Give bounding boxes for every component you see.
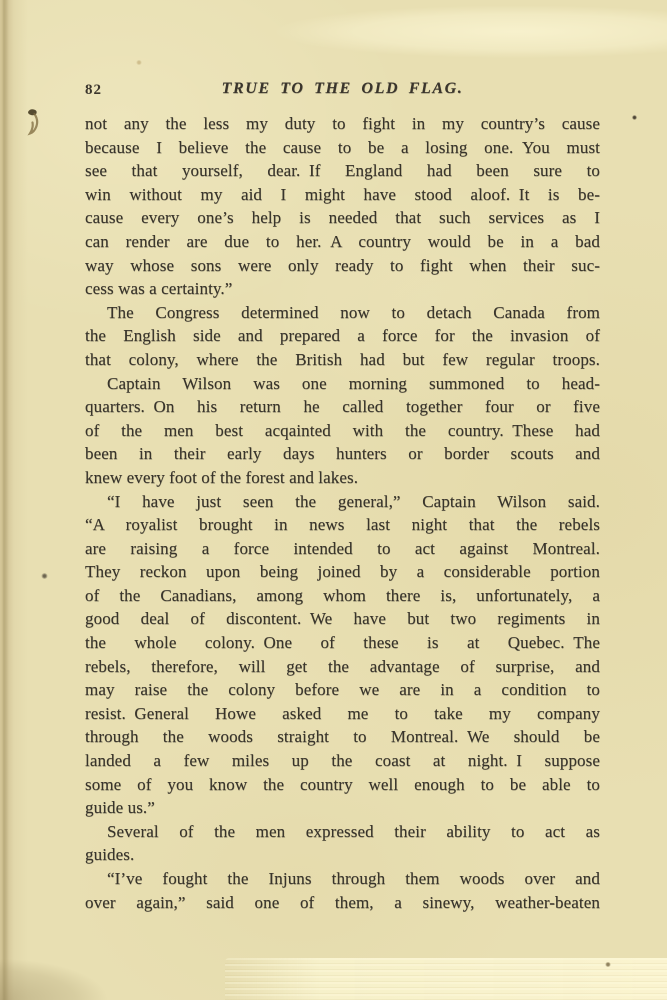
text-line: of the Canadians, among whom there is, u… xyxy=(85,584,600,608)
ink-speck xyxy=(632,115,637,120)
text-line: the whole colony. One of these is at Que… xyxy=(85,631,600,655)
text-line: some of you know the country well enough… xyxy=(85,773,600,797)
paragraph: “I’ve fought the Injuns through them woo… xyxy=(85,867,600,914)
paragraph: Captain Wilson was one morning summoned … xyxy=(85,372,600,490)
text-line: Captain Wilson was one morning summoned … xyxy=(85,372,600,396)
page-number: 82 xyxy=(85,82,102,99)
text-line: that colony, where the British had but f… xyxy=(85,348,600,372)
text-line: good deal of discontent. We have but two… xyxy=(85,607,600,631)
paragraph: Several of the men expressed their abili… xyxy=(85,820,600,867)
page-left-edge xyxy=(0,0,28,1000)
ink-blemish-icon xyxy=(24,106,46,140)
text-line: are raising a force intended to act agai… xyxy=(85,537,600,561)
text-line: resist. General Howe asked me to take my… xyxy=(85,702,600,726)
text-line: through the woods straight to Montreal. … xyxy=(85,725,600,749)
ink-speck xyxy=(41,573,48,579)
ink-speck xyxy=(605,962,611,967)
text-line: win without my aid I might have stood al… xyxy=(85,183,600,207)
text-line: “A royalist brought in news last night t… xyxy=(85,513,600,537)
text-line: Several of the men expressed their abili… xyxy=(85,820,600,844)
text-line: “I’ve fought the Injuns through them woo… xyxy=(85,867,600,891)
text-line: of the men best acqainted with the count… xyxy=(85,419,600,443)
text-line: rebels, therefore, will get the advantag… xyxy=(85,655,600,679)
paragraph: not any the less my duty to fight in my … xyxy=(85,112,600,301)
paragraph: “I have just seen the general,” Captain … xyxy=(85,490,600,820)
paper-stain-speck xyxy=(136,60,142,65)
page-curl-highlight xyxy=(272,2,667,64)
text-line: landed a few miles up the coast at night… xyxy=(85,749,600,773)
text-line: the English side and prepared a force fo… xyxy=(85,324,600,348)
text-line: They reckon upon being joined by a consi… xyxy=(85,560,600,584)
text-line: The Congress determined now to detach Ca… xyxy=(85,301,600,325)
text-line: see that yourself, dear. If England had … xyxy=(85,159,600,183)
text-line: can render are due to her. A country wou… xyxy=(85,230,600,254)
text-line: been in their early days hunters or bord… xyxy=(85,442,600,466)
running-head: 82 TRUE TO THE OLD FLAG. xyxy=(85,80,600,104)
running-title: TRUE TO THE OLD FLAG. xyxy=(85,80,600,98)
text-line: may raise the colony before we are in a … xyxy=(85,678,600,702)
page-corner-shadow xyxy=(0,938,230,1000)
page-body-text: not any the less my duty to fight in my … xyxy=(85,112,600,914)
text-line: over again,” said one of them, a sinewy,… xyxy=(85,891,600,915)
text-line: “I have just seen the general,” Captain … xyxy=(85,490,600,514)
text-line: guides. xyxy=(85,843,600,867)
text-line: quarters. On his return he called togeth… xyxy=(85,395,600,419)
text-line: guide us.” xyxy=(85,796,600,820)
text-line: knew every foot of the forest and lakes. xyxy=(85,466,600,490)
book-page-scan: 82 TRUE TO THE OLD FLAG. not any the les… xyxy=(0,0,667,1000)
text-line: not any the less my duty to fight in my … xyxy=(85,112,600,136)
paragraph: The Congress determined now to detach Ca… xyxy=(85,301,600,372)
text-line: because I believe the cause to be a losi… xyxy=(85,136,600,160)
text-line: way whose sons were only ready to fight … xyxy=(85,254,600,278)
text-line: cause every one’s help is needed that su… xyxy=(85,206,600,230)
next-page-edge xyxy=(225,958,667,1000)
text-line: cess was a certainty.” xyxy=(85,277,600,301)
